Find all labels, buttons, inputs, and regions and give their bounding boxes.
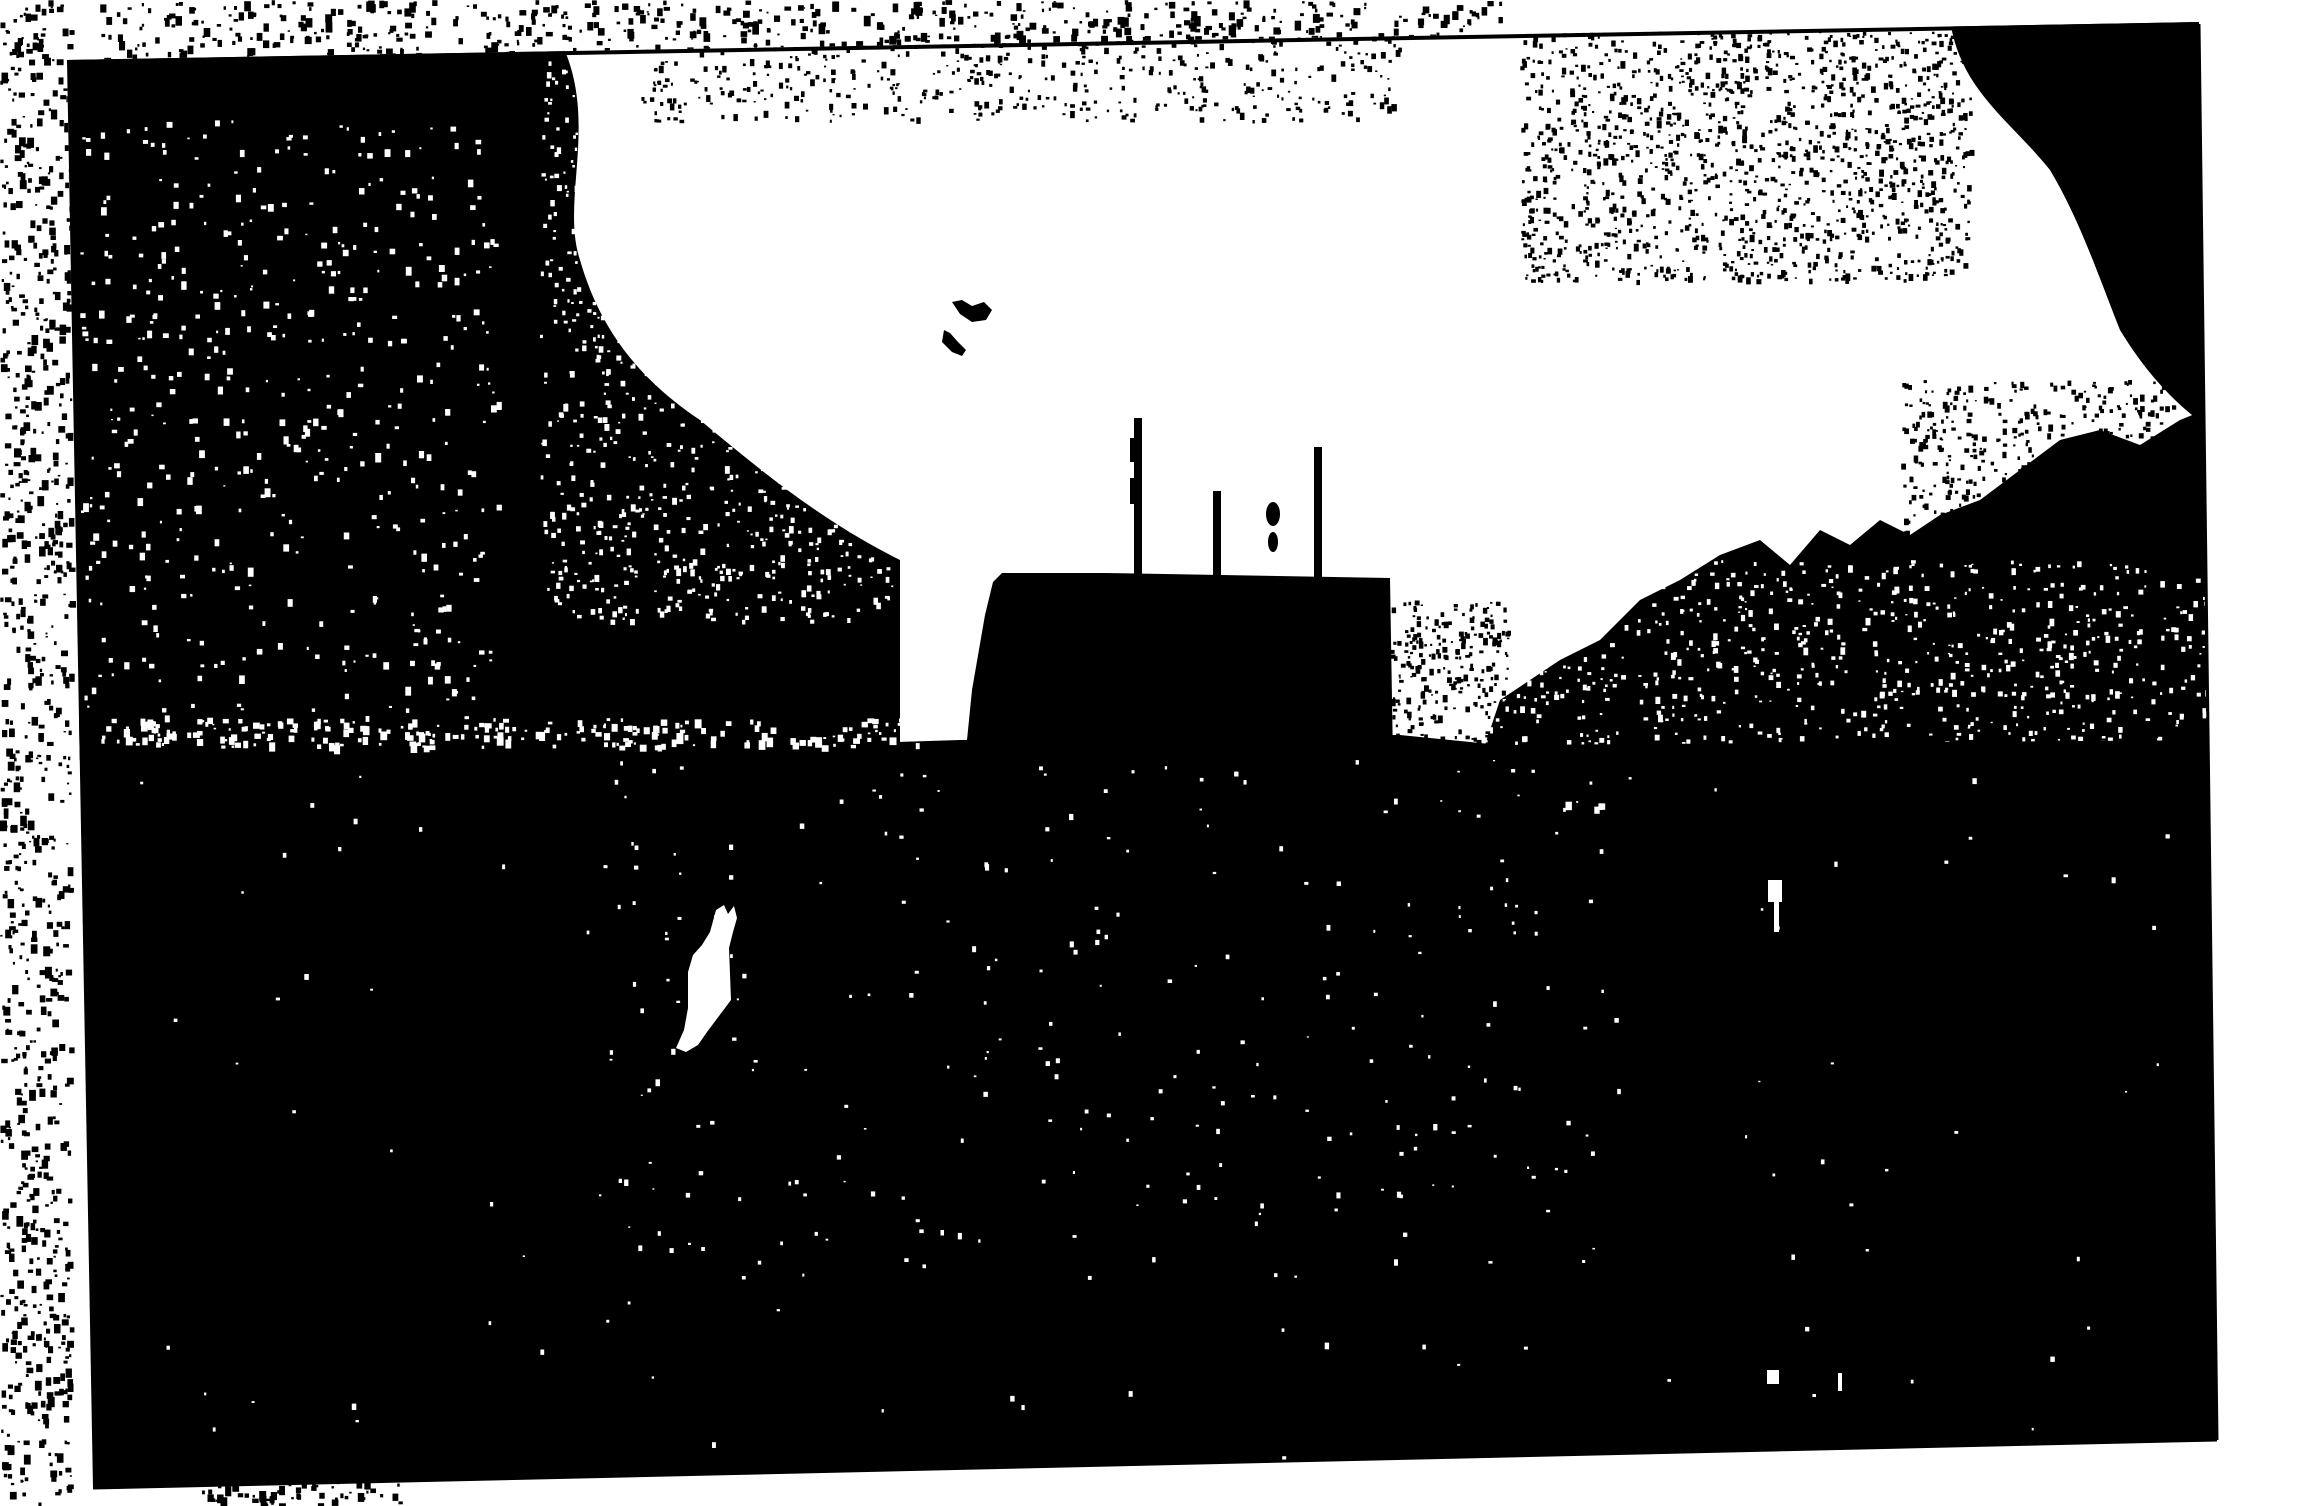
foreground-mark [1767,1370,1779,1384]
antenna-detail [1130,478,1136,504]
foreground-mark [1838,1373,1842,1391]
antenna-mast-center [1213,491,1221,578]
foreground-mark [1768,880,1782,902]
antenna-detail [1266,502,1280,526]
antenna-mast-right [1314,447,1322,578]
foreground-mark [1774,902,1779,932]
photograph: A dark, flat-roofed building with three … [0,0,2299,1506]
antenna-detail [1130,438,1136,462]
photo-frame [0,0,2299,1506]
building [965,573,1393,760]
foreground-ground [60,720,2230,1506]
photo-canvas [0,0,2299,1506]
antenna-detail [1268,532,1278,552]
